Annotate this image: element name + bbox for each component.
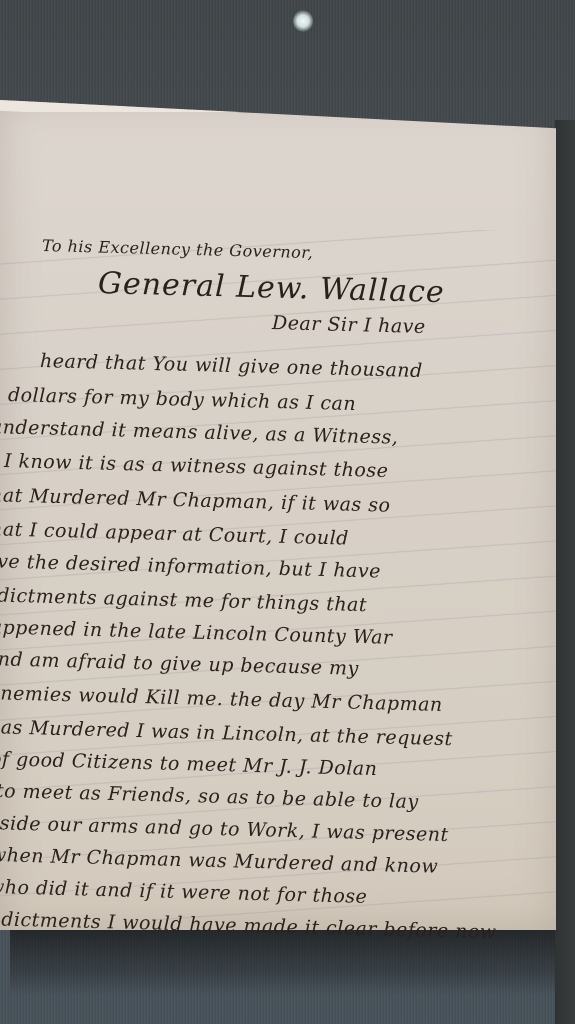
paper-top-edge (0, 100, 575, 112)
frame-edge (555, 120, 575, 1024)
greeting: Dear Sir I have (272, 312, 426, 338)
light-glare (293, 10, 313, 32)
